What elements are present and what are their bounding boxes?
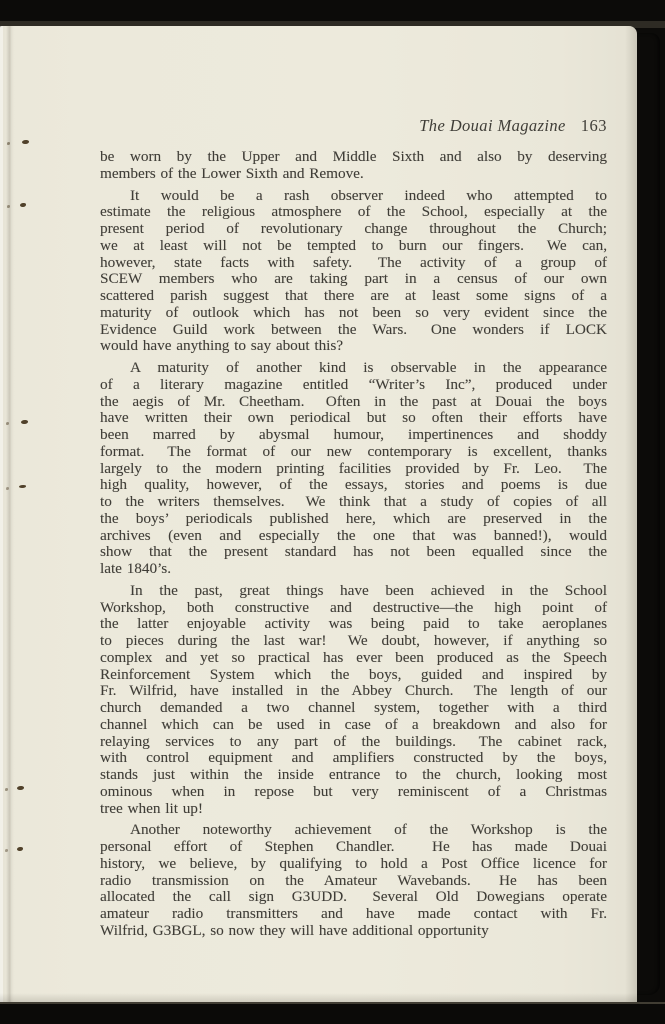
text-line: have written their own periodical but so… bbox=[100, 410, 607, 427]
text-line: the aegis of Mr. Cheetham. Often in the … bbox=[100, 394, 607, 411]
scanned-book-photo: The Douai Magazine 163 be worn by the Up… bbox=[0, 0, 665, 1024]
text-line: Fr. Wilfrid, have installed in the Abbey… bbox=[100, 683, 607, 700]
text-line: radio transmission on the Amateur Waveba… bbox=[100, 873, 607, 890]
binding-crease bbox=[6, 26, 14, 1002]
text-line: would have anything to say about this? bbox=[100, 338, 607, 355]
text-line: Evidence Guild work between the Wars. On… bbox=[100, 322, 607, 339]
page-right-shade bbox=[625, 26, 637, 1002]
text-line: be worn by the Upper and Middle Sixth an… bbox=[100, 149, 607, 166]
text-line: SCEW members who are taking part in a ce… bbox=[100, 271, 607, 288]
text-line: In the past, great things have been achi… bbox=[100, 583, 607, 600]
book-cover-bottom bbox=[0, 1002, 665, 1024]
text-line: stands just within the inside entrance t… bbox=[100, 767, 607, 784]
text-line: Workshop, both constructive and destruct… bbox=[100, 600, 607, 617]
binding-speck bbox=[19, 485, 26, 488]
text-line: channel which can be used in case of a b… bbox=[100, 717, 607, 734]
page-number: 163 bbox=[581, 116, 607, 136]
text-line: Another noteworthy achievement of the Wo… bbox=[100, 822, 607, 839]
text-line: show that the present standard has not b… bbox=[100, 544, 607, 561]
binding-speck bbox=[17, 786, 24, 790]
binding-speck bbox=[21, 420, 28, 424]
text-line: however, state facts with safety. The ac… bbox=[100, 255, 607, 272]
text-line: members of the Lower Sixth and Remove. bbox=[100, 166, 607, 183]
text-line: relaying services to any part of the bui… bbox=[100, 734, 607, 751]
paragraph: Another noteworthy achievement of the Wo… bbox=[100, 822, 607, 939]
text-line: we at least will not be tempted to burn … bbox=[100, 238, 607, 255]
binding-speck bbox=[17, 847, 23, 851]
text-line: the boys’ periodicals published here, wh… bbox=[100, 511, 607, 528]
text-line: format. The format of our new contempora… bbox=[100, 444, 607, 461]
text-line: archives (even and especially the one th… bbox=[100, 528, 607, 545]
binding-speck bbox=[22, 140, 29, 144]
page-content: The Douai Magazine 163 be worn by the Up… bbox=[100, 116, 607, 940]
text-line: history, we believe, by qualifying to ho… bbox=[100, 856, 607, 873]
text-line: allocated the call sign G3UDD. Several O… bbox=[100, 889, 607, 906]
text-line: ominous when in repose but very reminisc… bbox=[100, 784, 607, 801]
text-line: late 1840’s. bbox=[100, 561, 607, 578]
text-line: to pieces during the last war! We doubt,… bbox=[100, 633, 607, 650]
running-header: The Douai Magazine 163 bbox=[100, 116, 607, 136]
text-line: present period of revolutionary change t… bbox=[100, 221, 607, 238]
text-line: scattered parish suggest that there are … bbox=[100, 288, 607, 305]
text-line: estimate the religious atmosphere of the… bbox=[100, 204, 607, 221]
book-page: The Douai Magazine 163 be worn by the Up… bbox=[0, 26, 637, 1002]
page-bottom-shade bbox=[0, 993, 637, 1002]
paragraph: It would be a rash observer indeed who a… bbox=[100, 188, 607, 356]
text-line: to the writers themselves. We think that… bbox=[100, 494, 607, 511]
text-line: the latter enjoyable activity was being … bbox=[100, 616, 607, 633]
text-line: complex and yet so practical has ever be… bbox=[100, 650, 607, 667]
text-line: maturity of outlook which has not been s… bbox=[100, 305, 607, 322]
text-line: largely to the modern printing facilitie… bbox=[100, 461, 607, 478]
page-body: be worn by the Upper and Middle Sixth an… bbox=[100, 149, 607, 940]
text-line: been marred by abysmal humour, impertine… bbox=[100, 427, 607, 444]
page-left-edge bbox=[0, 26, 3, 1002]
text-line: It would be a rash observer indeed who a… bbox=[100, 188, 607, 205]
text-line: tree when lit up! bbox=[100, 801, 607, 818]
text-line: church demanded a two channel system, to… bbox=[100, 700, 607, 717]
journal-title: The Douai Magazine bbox=[419, 116, 566, 136]
text-line: amateur radio transmitters and have made… bbox=[100, 906, 607, 923]
text-line: with control equipment and amplifiers co… bbox=[100, 750, 607, 767]
text-line: personal effort of Stephen Chandler. He … bbox=[100, 839, 607, 856]
paragraph: be worn by the Upper and Middle Sixth an… bbox=[100, 149, 607, 183]
text-line: Reinforcement System which the boys, gui… bbox=[100, 667, 607, 684]
text-line: high quality, however, of the essays, st… bbox=[100, 477, 607, 494]
text-line: of a literary magazine entitled “Writer’… bbox=[100, 377, 607, 394]
text-line: Wilfrid, G3BGL, so now they will have ad… bbox=[100, 923, 607, 940]
text-line: A maturity of another kind is observable… bbox=[100, 360, 607, 377]
paragraph: A maturity of another kind is observable… bbox=[100, 360, 607, 578]
paragraph: In the past, great things have been achi… bbox=[100, 583, 607, 818]
binding-speck bbox=[20, 203, 26, 207]
